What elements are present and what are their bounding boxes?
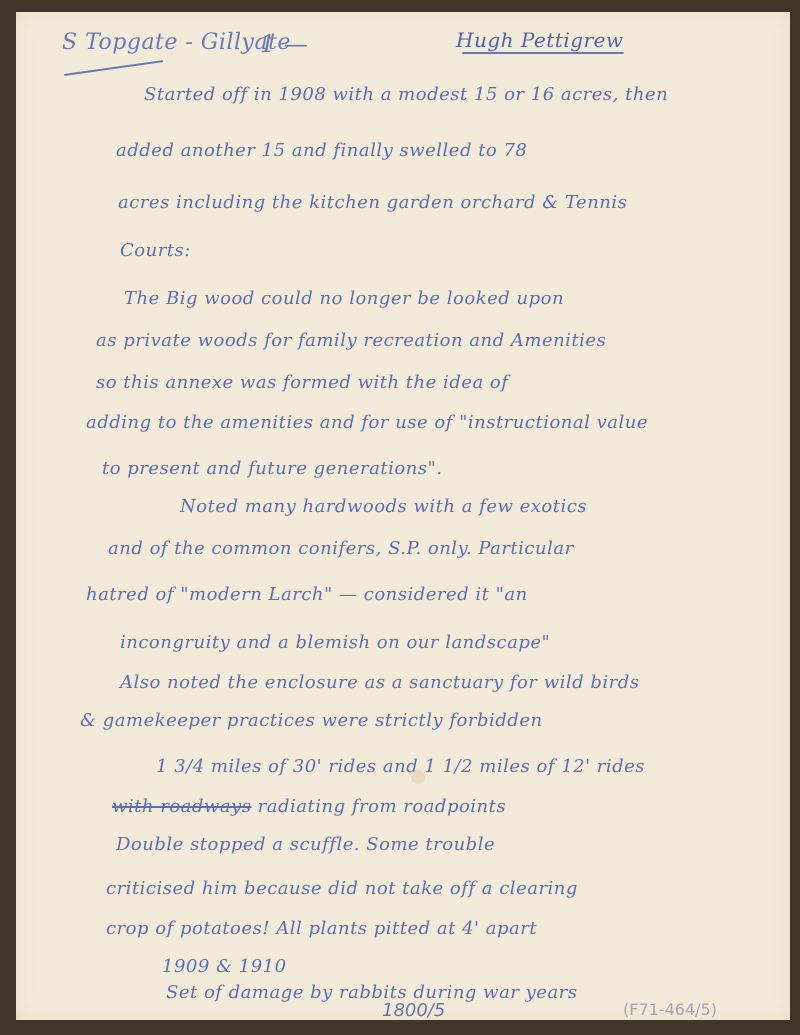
text-line: Started off in 1908 with a modest 15 or … (144, 84, 668, 105)
text-line: and of the common conifers, S.P. only. P… (108, 538, 574, 559)
struck-text: with roadways (112, 796, 251, 817)
paper-stain (411, 770, 425, 784)
text-line: so this annexe was formed with the idea … (96, 372, 508, 393)
text-line: acres including the kitchen garden orcha… (118, 192, 627, 213)
text-line: with roadways radiating from roadpoints (112, 796, 506, 817)
text-line: criticised him because did not take off … (106, 878, 578, 899)
text-line: Also noted the enclosure as a sanctuary … (120, 672, 640, 693)
text-line: 1 3/4 miles of 30' rides and 1 1/2 miles… (156, 756, 645, 777)
page-number-mark: 1 — (260, 30, 308, 58)
text-line: adding to the amenities and for use of "… (86, 412, 648, 433)
text-line: 1909 & 1910 (162, 956, 287, 977)
text-line: Set of damage by rabbits during war year… (166, 982, 578, 1003)
author-underline (462, 52, 624, 54)
archive-reference: (F71-464/5) (623, 1000, 717, 1019)
text-line: hatred of "modern Larch" — considered it… (86, 584, 528, 605)
text-line: crop of potatoes! All plants pitted at 4… (106, 918, 537, 939)
text-line: added another 15 and finally swelled to … (116, 140, 527, 161)
manuscript-page: S Topgate - Gillyate 1 — Hugh Pettigrew … (16, 12, 790, 1020)
page-header-title: S Topgate - Gillyate (62, 30, 291, 55)
text-line: Courts: (120, 240, 191, 261)
text-line: incongruity and a blemish on our landsca… (120, 632, 550, 653)
text-line: Double stopped a scuffle. Some trouble (116, 834, 495, 855)
text-line: The Big wood could no longer be looked u… (124, 288, 564, 309)
author-name: Hugh Pettigrew (456, 28, 624, 52)
text-line: to present and future generations". (102, 458, 443, 479)
text-line: Noted many hardwoods with a few exotics (180, 496, 587, 517)
text-line: & gamekeeper practices were strictly for… (80, 710, 543, 731)
header-underline (64, 60, 163, 76)
catalog-number: 1800/5 (382, 1000, 445, 1021)
text-line: as private woods for family recreation a… (96, 330, 606, 351)
